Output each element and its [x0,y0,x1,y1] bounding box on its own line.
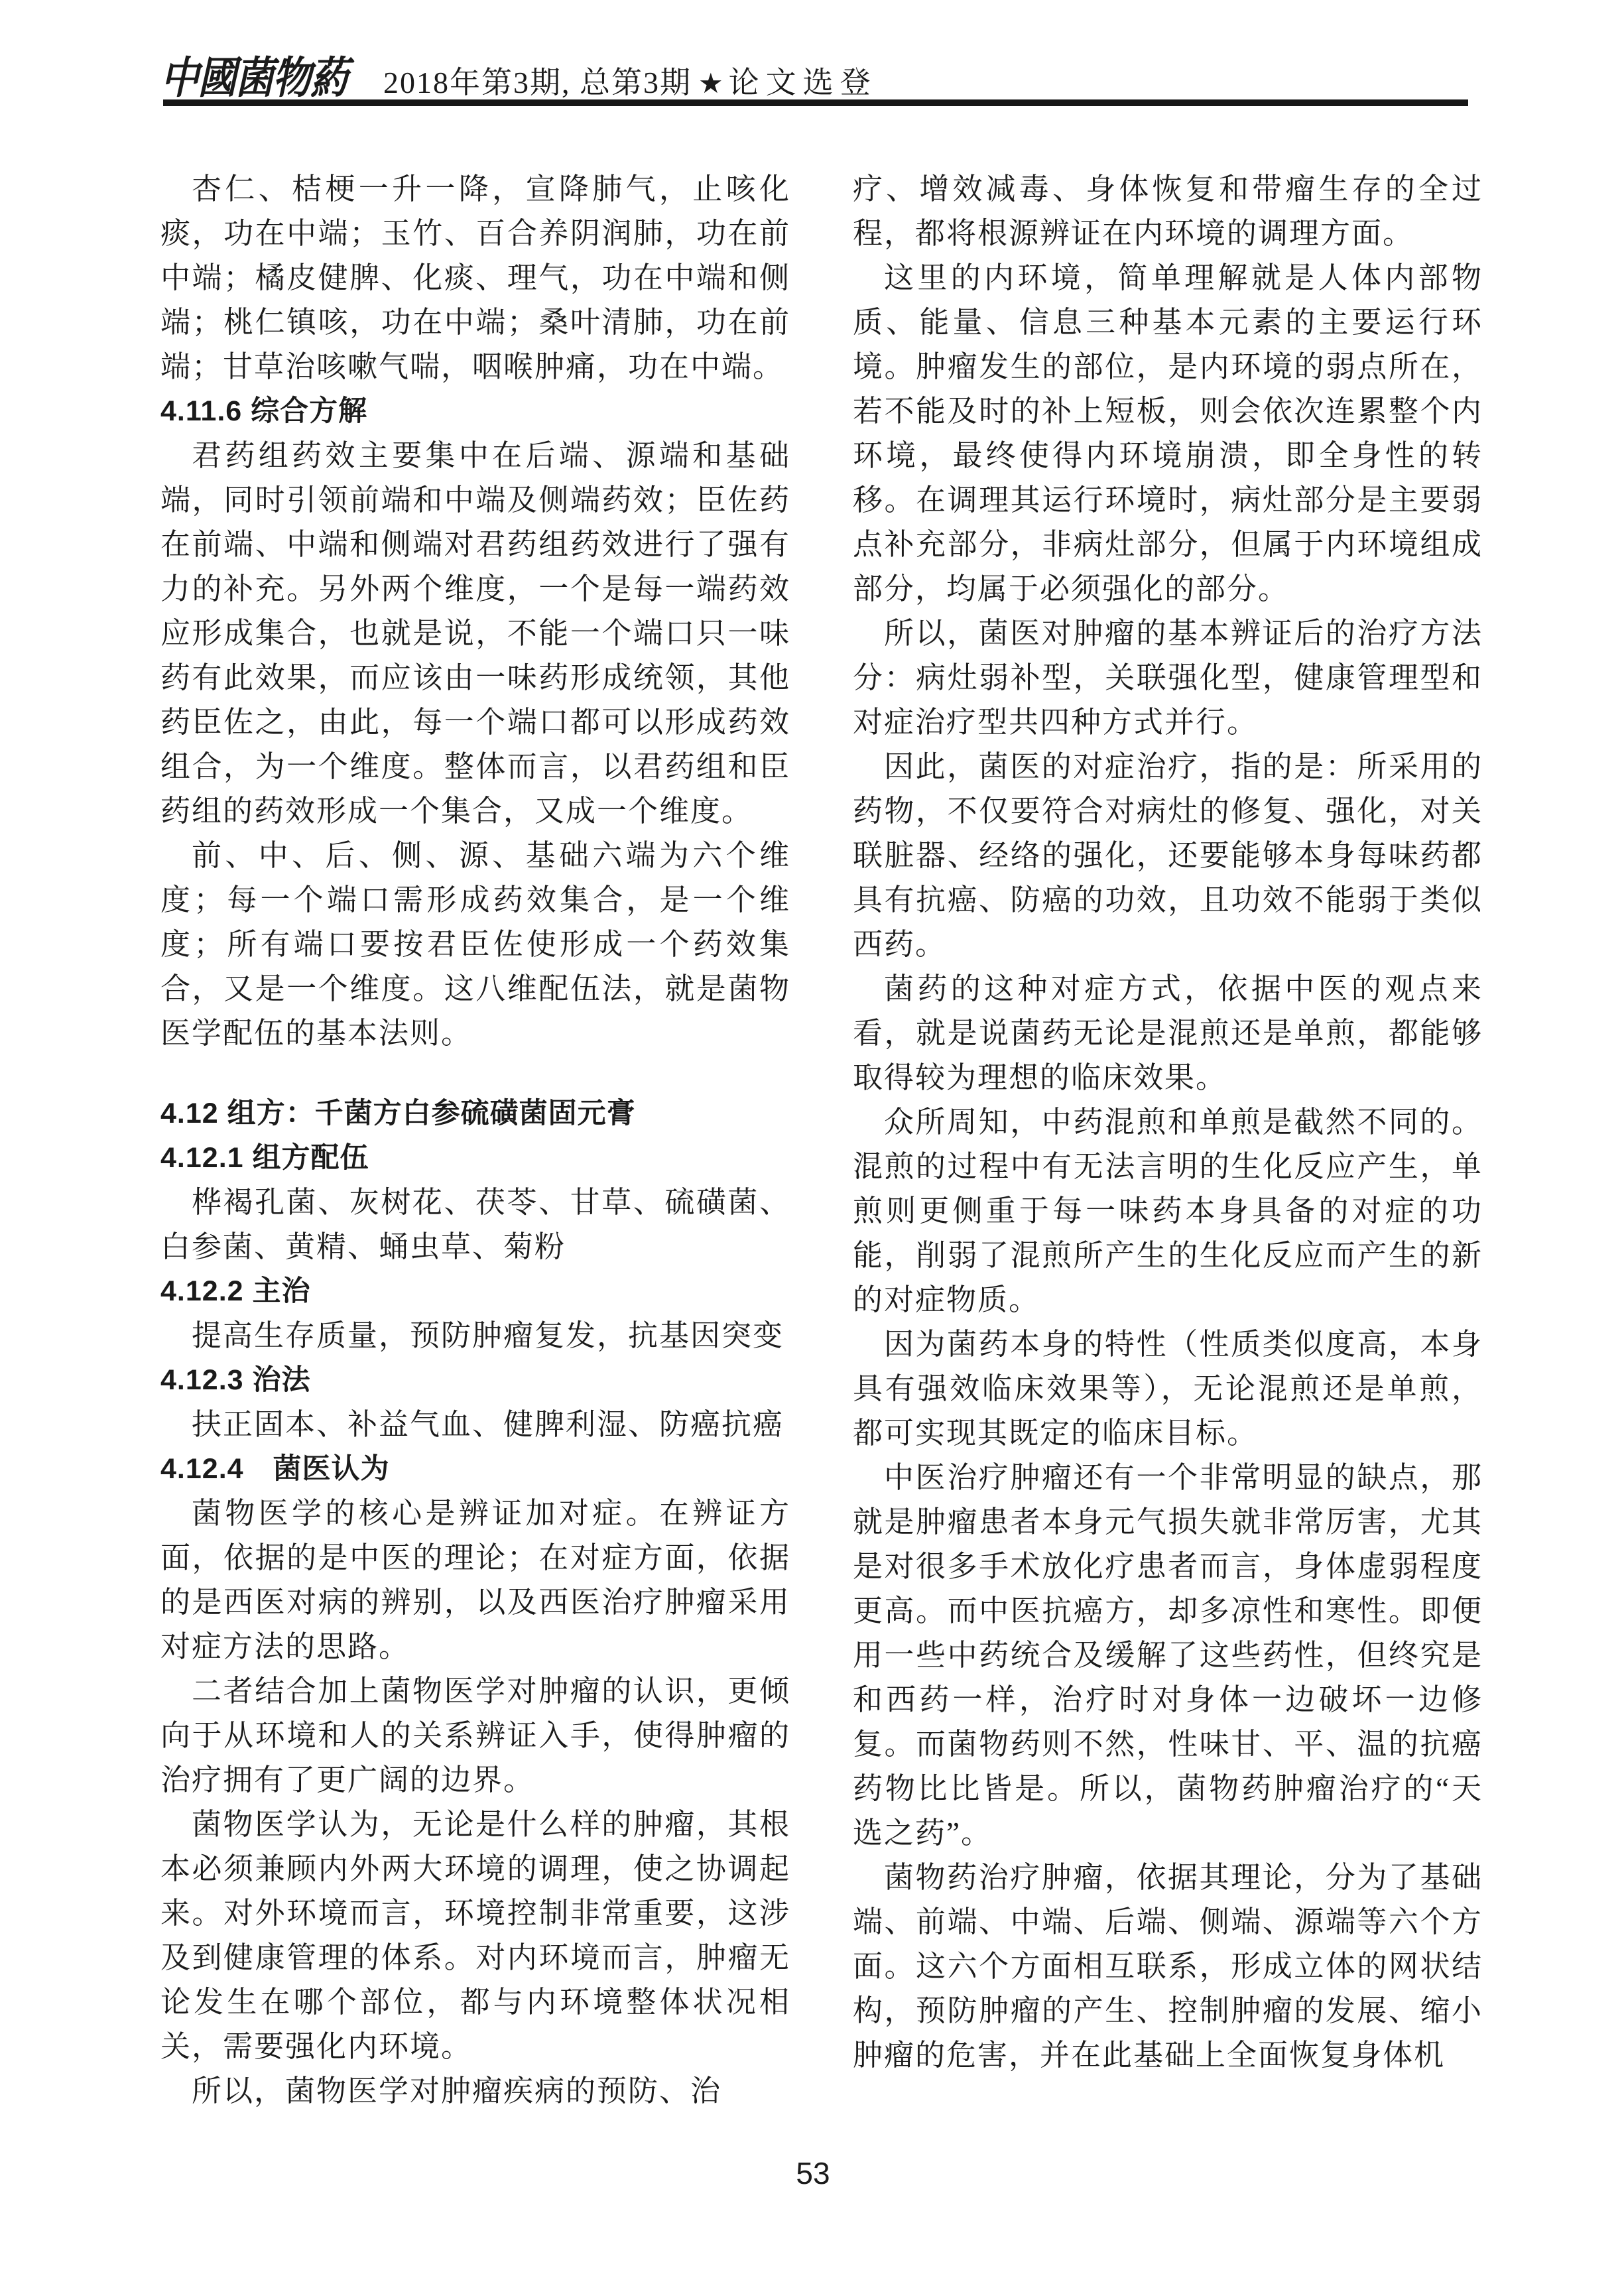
body-paragraph: 这里的内环境，简单理解就是人体内部物质、能量、信息三种基本元素的主要运行环境。肿… [853,256,1483,611]
right-column: 疗、增效减毒、身体恢复和带瘤生存的全过程，都将根源辨证在内环境的调理方面。这里的… [853,167,1483,2078]
header-divider [163,99,1468,106]
body-paragraph: 菌物药治疗肿瘤，依据其理论，分为了基础端、前端、中端、后端、侧端、源端等六个方面… [853,1856,1483,2078]
journal-logo: 中國菌物葯 [160,57,353,101]
body-paragraph: 中医治疗肿瘤还有一个非常明显的缺点，那就是肿瘤患者本身元气损失就非常厉害，尤其是… [853,1456,1483,1856]
body-paragraph: 杏仁、桔梗一升一降，宣降肺气，止咳化痰，功在中端；玉竹、百合养阴润肺，功在前中端… [160,167,790,389]
body-paragraph: 所以，菌医对肿瘤的基本辨证后的治疗方法分：病灶弱补型，关联强化型，健康管理型和对… [853,611,1483,745]
body-paragraph: 扶正固本、补益气血、健脾利湿、防癌抗癌 [160,1403,790,1447]
body-paragraph: 疗、增效减毒、身体恢复和带瘤生存的全过程，都将根源辨证在内环境的调理方面。 [853,167,1483,256]
journal-page: 中國菌物葯 2018年第3期, 总第3期 ★ 论文选登 杏仁、桔梗一升一降，宣降… [0,0,1624,2278]
body-paragraph: 二者结合加上菌物医学对肿瘤的认识，更倾向于从环境和人的关系辨证入手，使得肿瘤的治… [160,1669,790,1803]
body-paragraph: 众所周知，中药混煎和单煎是截然不同的。混煎的过程中有无法言明的生化反应产生，单煎… [853,1100,1483,1322]
body-paragraph: 提高生存质量，预防肿瘤复发，抗基因突变 [160,1314,790,1358]
left-column: 杏仁、桔梗一升一降，宣降肺气，止咳化痰，功在中端；玉竹、百合养阴润肺，功在前中端… [160,167,790,2114]
page-number: 53 [160,2157,1466,2190]
section-heading: 4.12.3 治法 [160,1358,790,1403]
body-paragraph: 因此，菌医的对症治疗，指的是：所采用的药物，不仅要符合对病灶的修复、强化，对关联… [853,745,1483,967]
section-heading: 4.11.6 综合方解 [160,389,790,434]
section-heading: 4.12.4 菌医认为 [160,1447,790,1491]
body-paragraph: 因为菌药本身的特性（性质类似度高，本身具有强效临床效果等），无论混煎还是单煎，都… [853,1322,1483,1456]
header-section-label: 论文选登 [729,61,877,105]
section-heading: 4.12.1 组方配伍 [160,1136,790,1180]
body-paragraph: 桦褐孔菌、灰树花、茯苓、甘草、硫磺菌、白参菌、黄精、蛹虫草、菊粉 [160,1180,790,1269]
body-paragraph: 菌物医学认为，无论是什么样的肿瘤，其根本必须兼顾内外两大环境的调理，使之协调起来… [160,1803,790,2069]
body-paragraph: 菌物医学的核心是辨证加对症。在辨证方面，依据的是中医的理论；在对症方面，依据的是… [160,1491,790,1669]
section-heading: 4.12 组方：千菌方白参硫磺菌固元膏 [160,1092,790,1136]
body-paragraph: 菌药的这种对症方式，依据中医的观点来看，就是说菌药无论是混煎还是单煎，都能够取得… [853,967,1483,1100]
section-heading: 4.12.2 主治 [160,1269,790,1314]
body-paragraph: 君药组药效主要集中在后端、源端和基础端，同时引领前端和中端及侧端药效；臣佐药在前… [160,434,790,834]
body-paragraph: 前、中、后、侧、源、基础六端为六个维度；每一个端口需形成药效集合，是一个维度；所… [160,834,790,1056]
header-issue-info: 2018年第3期, 总第3期 [383,61,692,105]
page-header: 中國菌物葯 2018年第3期, 总第3期 ★ 论文选登 [160,57,877,101]
body-paragraph: 所以，菌物医学对肿瘤疾病的预防、治 [160,2069,790,2114]
